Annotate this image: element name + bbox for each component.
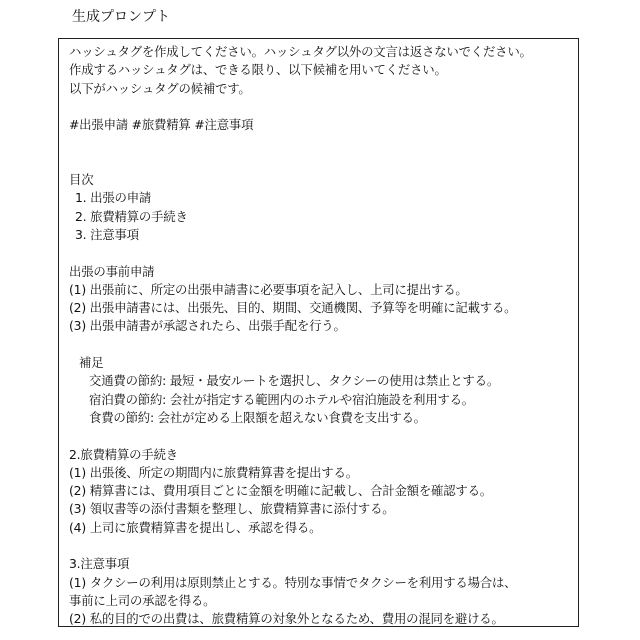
prompt-box: ハッシュタグを作成してください。ハッシュタグ以外の文言は返さないでください。 作… bbox=[58, 38, 579, 627]
spacer bbox=[69, 98, 578, 116]
section1-item: (1) 出張前に、所定の出張申請書に必要事項を記入し、上司に提出する。 bbox=[69, 281, 578, 299]
section3-heading: 3.注意事項 bbox=[69, 555, 578, 573]
section1-heading: 出張の事前申請 bbox=[69, 263, 578, 281]
instruction-line: 作成するハッシュタグは、できる限り、以下候補を用いてください。 bbox=[69, 61, 578, 79]
supplement-item: 宿泊費の節約: 会社が指定する範囲内のホテルや宿泊施設を利用する。 bbox=[69, 391, 578, 409]
section3-item-continuation: 事前に上司の承認を得る。 bbox=[69, 592, 578, 610]
supplement-item: 食費の節約: 会社が定める上限額を超えない食費を支出する。 bbox=[69, 409, 578, 427]
section1-item: (3) 出張申請書が承認されたら、出張手配を行う。 bbox=[69, 317, 578, 335]
page-title: 生成プロンプト bbox=[72, 8, 170, 26]
spacer bbox=[69, 427, 578, 445]
toc-item: 3. 注意事項 bbox=[69, 226, 578, 244]
toc-item: 1. 出張の申請 bbox=[69, 189, 578, 207]
supplement-heading: 補足 bbox=[69, 354, 578, 372]
instruction-line: 以下がハッシュタグの候補です。 bbox=[69, 80, 578, 98]
spacer bbox=[69, 336, 578, 354]
toc-item: 2. 旅費精算の手続き bbox=[69, 208, 578, 226]
section2-item: (2) 精算書には、費用項目ごとに金額を明確に記載し、合計金額を確認する。 bbox=[69, 482, 578, 500]
section3-item: (1) タクシーの利用は原則禁止とする。特別な事情でタクシーを利用する場合は、 bbox=[69, 574, 578, 592]
section2-item: (1) 出張後、所定の期間内に旅費精算書を提出する。 bbox=[69, 464, 578, 482]
section1-item: (2) 出張申請書には、出張先、目的、期間、交通機関、予算等を明確に記載する。 bbox=[69, 299, 578, 317]
section2-item: (3) 領収書等の添付書類を整理し、旅費精算書に添付する。 bbox=[69, 500, 578, 518]
supplement-item: 交通費の節約: 最短・最安ルートを選択し、タクシーの使用は禁止とする。 bbox=[69, 372, 578, 390]
hashtag-candidates: #出張申請 #旅費精算 #注意事項 bbox=[69, 116, 578, 134]
section2-item: (4) 上司に旅費精算書を提出し、承認を得る。 bbox=[69, 519, 578, 537]
spacer bbox=[69, 134, 578, 152]
spacer bbox=[69, 244, 578, 262]
section2-heading: 2.旅費精算の手続き bbox=[69, 446, 578, 464]
toc-heading: 目次 bbox=[69, 171, 578, 189]
spacer bbox=[69, 537, 578, 555]
spacer bbox=[69, 153, 578, 171]
section3-item: (2) 私的目的での出費は、旅費精算の対象外となるため、費用の混同を避ける。 bbox=[69, 610, 578, 628]
instruction-line: ハッシュタグを作成してください。ハッシュタグ以外の文言は返さないでください。 bbox=[69, 43, 578, 61]
